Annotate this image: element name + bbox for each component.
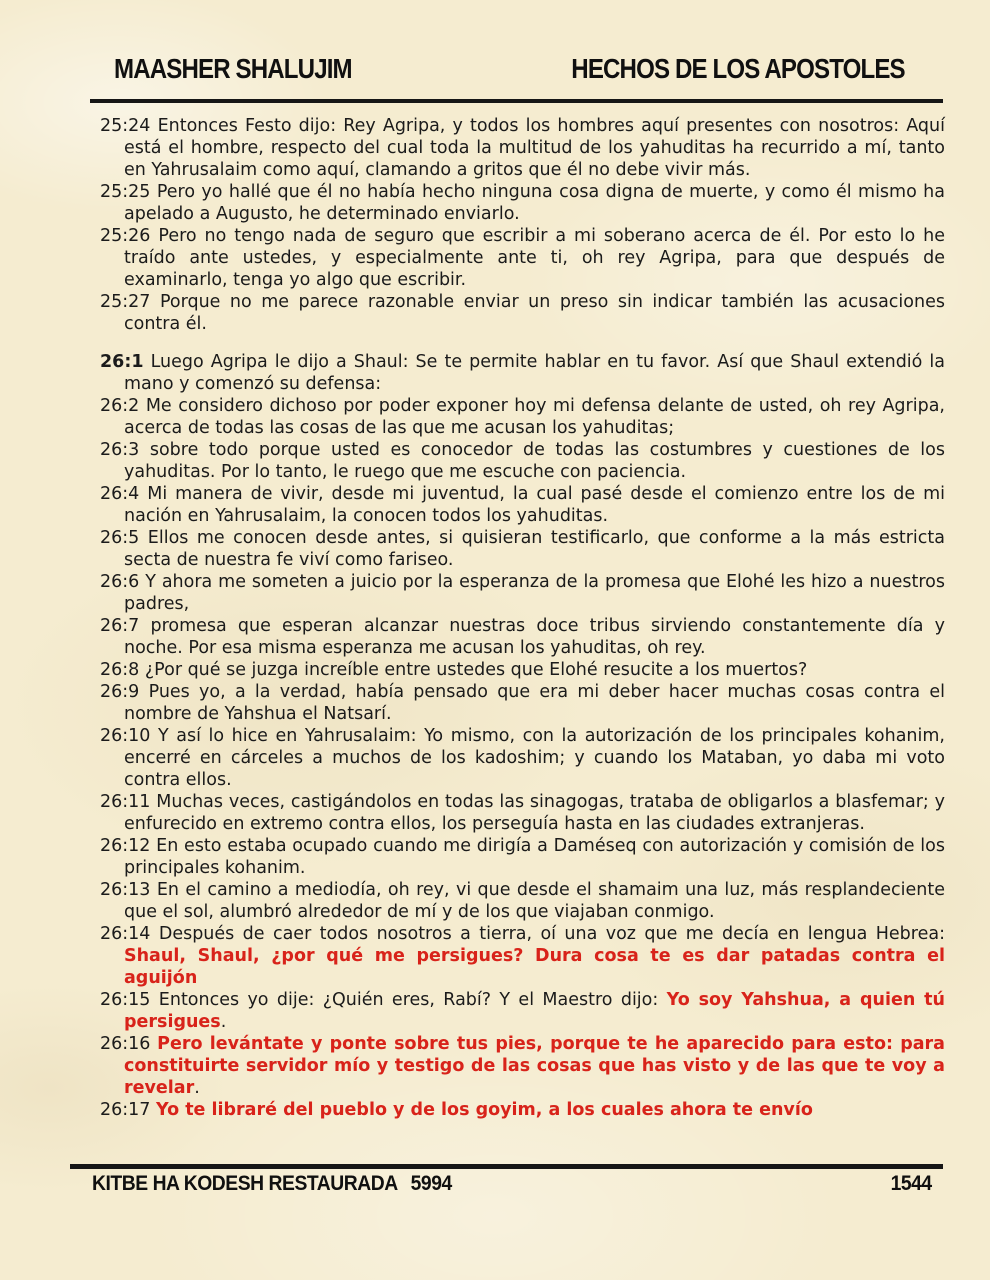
- verse-segment-red: Shaul, Shaul, ¿por qué me persigues? Dur…: [124, 946, 945, 988]
- verse-segment: Luego Agripa le dijo a Shaul: Se te perm…: [124, 352, 945, 394]
- verse-number: 26:2: [100, 396, 139, 416]
- verse-number: 26:13: [100, 880, 150, 900]
- verse-paragraph: 25:27 Porque no me parece razonable envi…: [100, 291, 945, 335]
- verse-segment: Entonces Festo dijo: Rey Agripa, y todos…: [124, 116, 945, 180]
- verse-paragraph: 26:17 Yo te libraré del pueblo y de los …: [100, 1099, 945, 1121]
- verse-paragraph: 26:15 Entonces yo dije: ¿Quién eres, Rab…: [100, 989, 945, 1033]
- footer-page-number: 1544: [887, 1172, 932, 1196]
- verse-paragraph: 26:2 Me considero dichoso por poder expo…: [100, 395, 945, 439]
- verse-segment: Entonces yo dije: ¿Quién eres, Rabí? Y e…: [159, 990, 667, 1010]
- verse-paragraph: 26:3 sobre todo porque usted es conocedo…: [100, 439, 945, 483]
- verse-number: 25:24: [100, 116, 150, 136]
- header-book-title-text: MAASHER SHALUJIM: [114, 53, 352, 85]
- verse-text-block: 25:24 Entonces Festo dijo: Rey Agripa, y…: [100, 115, 945, 1121]
- verse-segment: Muchas veces, castigándolos en todas las…: [124, 792, 945, 834]
- verse-segment: .: [221, 1012, 227, 1032]
- verse-paragraph: 26:5 Ellos me conocen desde antes, si qu…: [100, 527, 945, 571]
- verse-segment: Ellos me conocen desde antes, si quisier…: [124, 528, 945, 570]
- verse-number: 25:27: [100, 292, 150, 312]
- verse-number: 26:7: [100, 616, 139, 636]
- verse-paragraph: 26:11 Muchas veces, castigándolos en tod…: [100, 791, 945, 835]
- verse-segment: Pues yo, a la verdad, había pensado que …: [124, 682, 945, 724]
- header-section-title-text: HECHOS DE LOS APOSTOLES: [572, 53, 905, 85]
- footer-edition-number: 5994: [411, 1172, 452, 1195]
- footer-edition-label: KITBE HA KODESH RESTAURADA: [92, 1172, 398, 1195]
- verse-number: 26:12: [100, 836, 150, 856]
- verse-paragraph: 26:16 Pero levántate y ponte sobre tus p…: [100, 1033, 945, 1099]
- verse-segment: Pero no tengo nada de seguro que escribi…: [124, 226, 945, 290]
- verse-segment: ¿Por qué se juzga increíble entre ustede…: [145, 660, 807, 680]
- header-section-title: HECHOS DE LOS APOSTOLES: [517, 53, 905, 85]
- footer-edition-text: KITBE HA KODESH RESTAURADA5994: [92, 1172, 452, 1196]
- verse-paragraph: 26:1 Luego Agripa le dijo a Shaul: Se te…: [100, 351, 945, 395]
- verse-paragraph: 26:12 En esto estaba ocupado cuando me d…: [100, 835, 945, 879]
- verse-number: 26:4: [100, 484, 139, 504]
- verse-paragraph: 26:6 Y ahora me someten a juicio por la …: [100, 571, 945, 615]
- verse-paragraph: 26:10 Y así lo hice en Yahrusalaim: Yo m…: [100, 725, 945, 791]
- verse-number: 26:16: [100, 1034, 150, 1054]
- verse-number: 25:26: [100, 226, 150, 246]
- verse-number: 26:11: [100, 792, 150, 812]
- footer-page-number-text: 1544: [891, 1172, 932, 1196]
- verse-number: 26:15: [100, 990, 150, 1010]
- verse-paragraph: 26:8 ¿Por qué se juzga increíble entre u…: [100, 659, 945, 681]
- verse-segment: promesa que esperan alcanzar nuestras do…: [124, 616, 945, 658]
- verse-paragraph: 25:25 Pero yo hallé que él no había hech…: [100, 181, 945, 225]
- verse-paragraph: 26:9 Pues yo, a la verdad, había pensado…: [100, 681, 945, 725]
- verse-paragraph: 25:26 Pero no tengo nada de seguro que e…: [100, 225, 945, 291]
- verse-segment: Mi manera de vivir, desde mi juventud, l…: [124, 484, 945, 526]
- verse-segment-red: Yo te libraré del pueblo y de los goyim,…: [156, 1100, 813, 1120]
- verse-number: 26:14: [100, 924, 150, 944]
- verse-number: 25:25: [100, 182, 150, 202]
- verse-number: 26:6: [100, 572, 139, 592]
- verse-segment: Y así lo hice en Yahrusalaim: Yo mismo, …: [124, 726, 945, 790]
- verse-segment: Porque no me parece razonable enviar un …: [124, 292, 945, 334]
- verse-segment: En esto estaba ocupado cuando me dirigía…: [124, 836, 945, 878]
- verse-paragraph: 26:13 En el camino a mediodía, oh rey, v…: [100, 879, 945, 923]
- verse-segment: Pero yo hallé que él no había hecho ning…: [124, 182, 945, 224]
- footer-rule: [70, 1164, 943, 1169]
- verse-number: 26:1: [100, 352, 144, 372]
- verse-segment: .: [194, 1078, 200, 1098]
- footer-edition: KITBE HA KODESH RESTAURADA5994: [92, 1172, 483, 1196]
- verse-segment-red: Pero levántate y ponte sobre tus pies, p…: [124, 1034, 945, 1098]
- verse-segment: Y ahora me someten a juicio por la esper…: [124, 572, 945, 614]
- verse-paragraph: 26:7 promesa que esperan alcanzar nuestr…: [100, 615, 945, 659]
- verse-segment: En el camino a mediodía, oh rey, vi que …: [124, 880, 945, 922]
- verse-number: 26:3: [100, 440, 139, 460]
- verse-number: 26:8: [100, 660, 139, 680]
- verse-segment: Después de caer todos nosotros a tierra,…: [159, 924, 945, 944]
- verse-number: 26:17: [100, 1100, 150, 1120]
- header-book-title: MAASHER SHALUJIM: [114, 53, 390, 85]
- verse-number: 26:10: [100, 726, 150, 746]
- verse-paragraph: 25:24 Entonces Festo dijo: Rey Agripa, y…: [100, 115, 945, 181]
- verse-number: 26:5: [100, 528, 139, 548]
- verse-number: 26:9: [100, 682, 139, 702]
- verse-paragraph: 26:14 Después de caer todos nosotros a t…: [100, 923, 945, 989]
- verse-paragraph: 26:4 Mi manera de vivir, desde mi juvent…: [100, 483, 945, 527]
- verse-segment: sobre todo porque usted es conocedor de …: [124, 440, 945, 482]
- verse-segment: Me considero dichoso por poder exponer h…: [124, 396, 945, 438]
- header-rule: [90, 99, 943, 103]
